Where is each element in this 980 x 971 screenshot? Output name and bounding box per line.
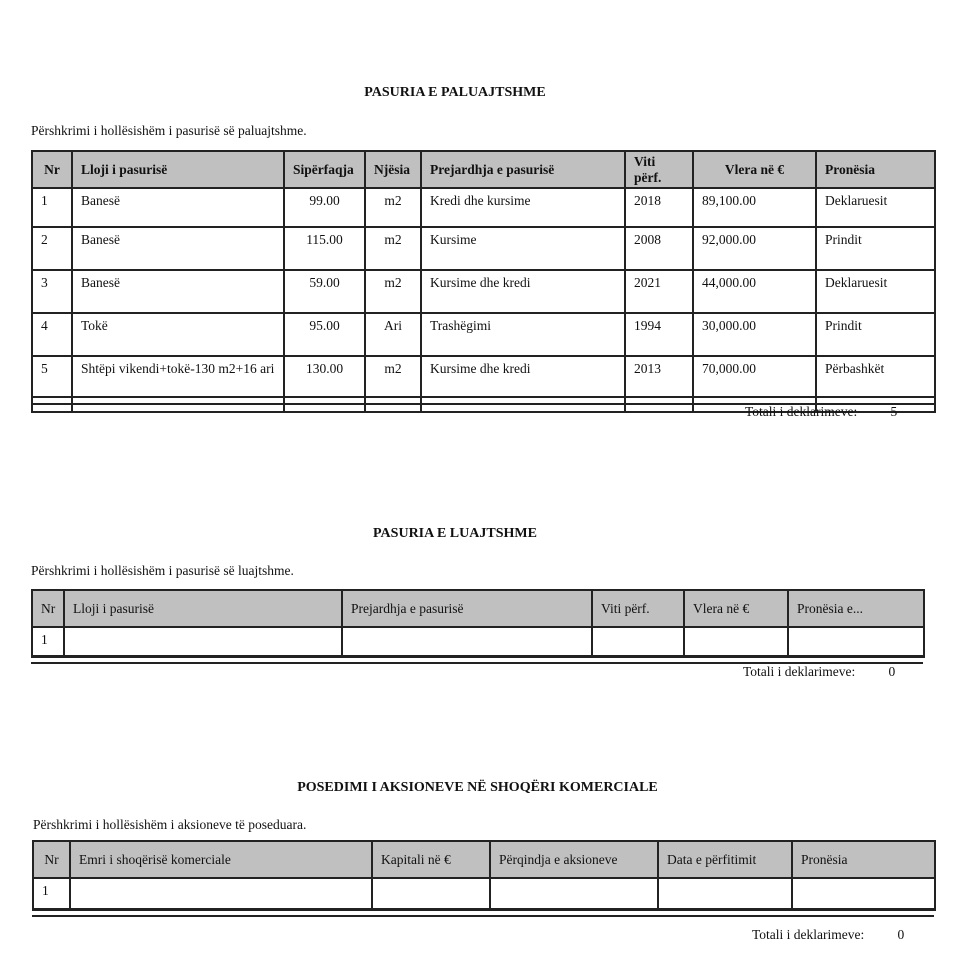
table-cell: 44,000.00 <box>693 270 816 313</box>
section-description-immovable: Përshkrimi i hollësishëm i pasurisë së p… <box>31 123 307 139</box>
table-cell: 1994 <box>625 313 693 356</box>
column-header: Nr <box>32 151 72 188</box>
table-cell: 1 <box>33 878 70 910</box>
table-cell: Banesë <box>72 227 284 270</box>
total-value: 5 <box>857 404 897 420</box>
table-cell: 89,100.00 <box>693 188 816 227</box>
column-header: Vlera në € <box>693 151 816 188</box>
table-row: 1Banesë99.00m2Kredi dhe kursime201889,10… <box>32 188 935 227</box>
table-cell: 1 <box>32 627 64 657</box>
table-cell: 4 <box>32 313 72 356</box>
table-cell: 99.00 <box>284 188 365 227</box>
table-cell: Deklaruesit <box>816 188 935 227</box>
table-cell: m2 <box>365 227 421 270</box>
column-header: Njësia <box>365 151 421 188</box>
table-cell <box>684 627 788 657</box>
table-row: 1 <box>32 627 924 657</box>
total-label: Totali i deklarimeve: <box>752 927 864 942</box>
table-cell: 92,000.00 <box>693 227 816 270</box>
column-header: Prejardhja e pasurisë <box>342 590 592 627</box>
section-title-immovable: PASURIA E PALUAJTSHME <box>0 85 910 101</box>
column-header: Sipërfaqja <box>284 151 365 188</box>
table-cell: Prindit <box>816 313 935 356</box>
table-cell: 2021 <box>625 270 693 313</box>
table-cell: 30,000.00 <box>693 313 816 356</box>
table-cell: Tokë <box>72 313 284 356</box>
table-cell: Kursime dhe kredi <box>421 270 625 313</box>
column-header: Nr <box>32 590 64 627</box>
total-value: 0 <box>864 927 904 943</box>
table-cell: Banesë <box>72 188 284 227</box>
table-row: 2Banesë115.00m2Kursime200892,000.00Prind… <box>32 227 935 270</box>
column-header: Prejardhja e pasurisë <box>421 151 625 188</box>
table-cell <box>592 627 684 657</box>
table-footer-line <box>32 908 934 917</box>
column-header: Viti përf. <box>625 151 693 188</box>
table-cell: 59.00 <box>284 270 365 313</box>
total-label: Totali i deklarimeve: <box>743 664 855 679</box>
column-header: Pronësia e... <box>788 590 924 627</box>
table-cell: Banesë <box>72 270 284 313</box>
table-cell <box>792 878 935 910</box>
table-cell: 1 <box>32 188 72 227</box>
column-header: Përqindja e aksioneve <box>490 841 658 878</box>
total-label: Totali i deklarimeve: <box>745 404 857 419</box>
column-header: Viti përf. <box>592 590 684 627</box>
table-cell: Kredi dhe kursime <box>421 188 625 227</box>
column-header: Vlera në € <box>684 590 788 627</box>
column-header: Pronësia <box>792 841 935 878</box>
table-cell: m2 <box>365 188 421 227</box>
table-cell <box>490 878 658 910</box>
table-header-row: NrLloji i pasurisëPrejardhja e pasurisëV… <box>32 590 924 627</box>
table-cell <box>372 878 490 910</box>
movable-property-table: NrLloji i pasurisëPrejardhja e pasurisëV… <box>31 589 925 658</box>
table-cell: Deklaruesit <box>816 270 935 313</box>
column-header: Lloji i pasurisë <box>72 151 284 188</box>
section-title-shares: POSEDIMI I AKSIONEVE NË SHOQËRI KOMERCIA… <box>0 780 955 796</box>
table-cell <box>64 627 342 657</box>
table-cell: 2 <box>32 227 72 270</box>
table-row: 3Banesë59.00m2Kursime dhe kredi202144,00… <box>32 270 935 313</box>
column-header: Data e përfitimit <box>658 841 792 878</box>
table-cell <box>788 627 924 657</box>
table-cell: 115.00 <box>284 227 365 270</box>
total-declarations-immovable: Totali i deklarimeve:5 <box>745 404 897 420</box>
table-cell: Trashëgimi <box>421 313 625 356</box>
table-header-row: NrEmri i shoqërisë komercialeKapitali në… <box>33 841 935 878</box>
table-cell: 2008 <box>625 227 693 270</box>
table-cell: 3 <box>32 270 72 313</box>
table-cell <box>658 878 792 910</box>
column-header: Pronësia <box>816 151 935 188</box>
table-header-row: NrLloji i pasurisëSipërfaqjaNjësiaPrejar… <box>32 151 935 188</box>
table-cell <box>342 627 592 657</box>
section-description-movable: Përshkrimi i hollësishëm i pasurisë së l… <box>31 563 294 579</box>
column-header: Kapitali në € <box>372 841 490 878</box>
table-cell <box>70 878 372 910</box>
total-declarations-shares: Totali i deklarimeve:0 <box>752 927 904 943</box>
section-title-movable: PASURIA E LUAJTSHME <box>0 526 910 542</box>
column-header: Nr <box>33 841 70 878</box>
table-row: 4Tokë95.00AriTrashëgimi199430,000.00Prin… <box>32 313 935 356</box>
table-cell: 2018 <box>625 188 693 227</box>
shares-table: NrEmri i shoqërisë komercialeKapitali në… <box>32 840 936 911</box>
total-value: 0 <box>855 664 895 680</box>
table-footer-line <box>31 655 923 664</box>
table-cell: Ari <box>365 313 421 356</box>
column-header: Emri i shoqërisë komerciale <box>70 841 372 878</box>
column-header: Lloji i pasurisë <box>64 590 342 627</box>
table-row: 1 <box>33 878 935 910</box>
table-cell: Kursime <box>421 227 625 270</box>
immovable-property-table: NrLloji i pasurisëSipërfaqjaNjësiaPrejar… <box>31 150 936 413</box>
table-cell: Prindit <box>816 227 935 270</box>
table-cell: 95.00 <box>284 313 365 356</box>
total-declarations-movable: Totali i deklarimeve:0 <box>743 664 895 680</box>
table-cell: m2 <box>365 270 421 313</box>
section-description-shares: Përshkrimi i hollësishëm i aksioneve të … <box>33 817 306 833</box>
